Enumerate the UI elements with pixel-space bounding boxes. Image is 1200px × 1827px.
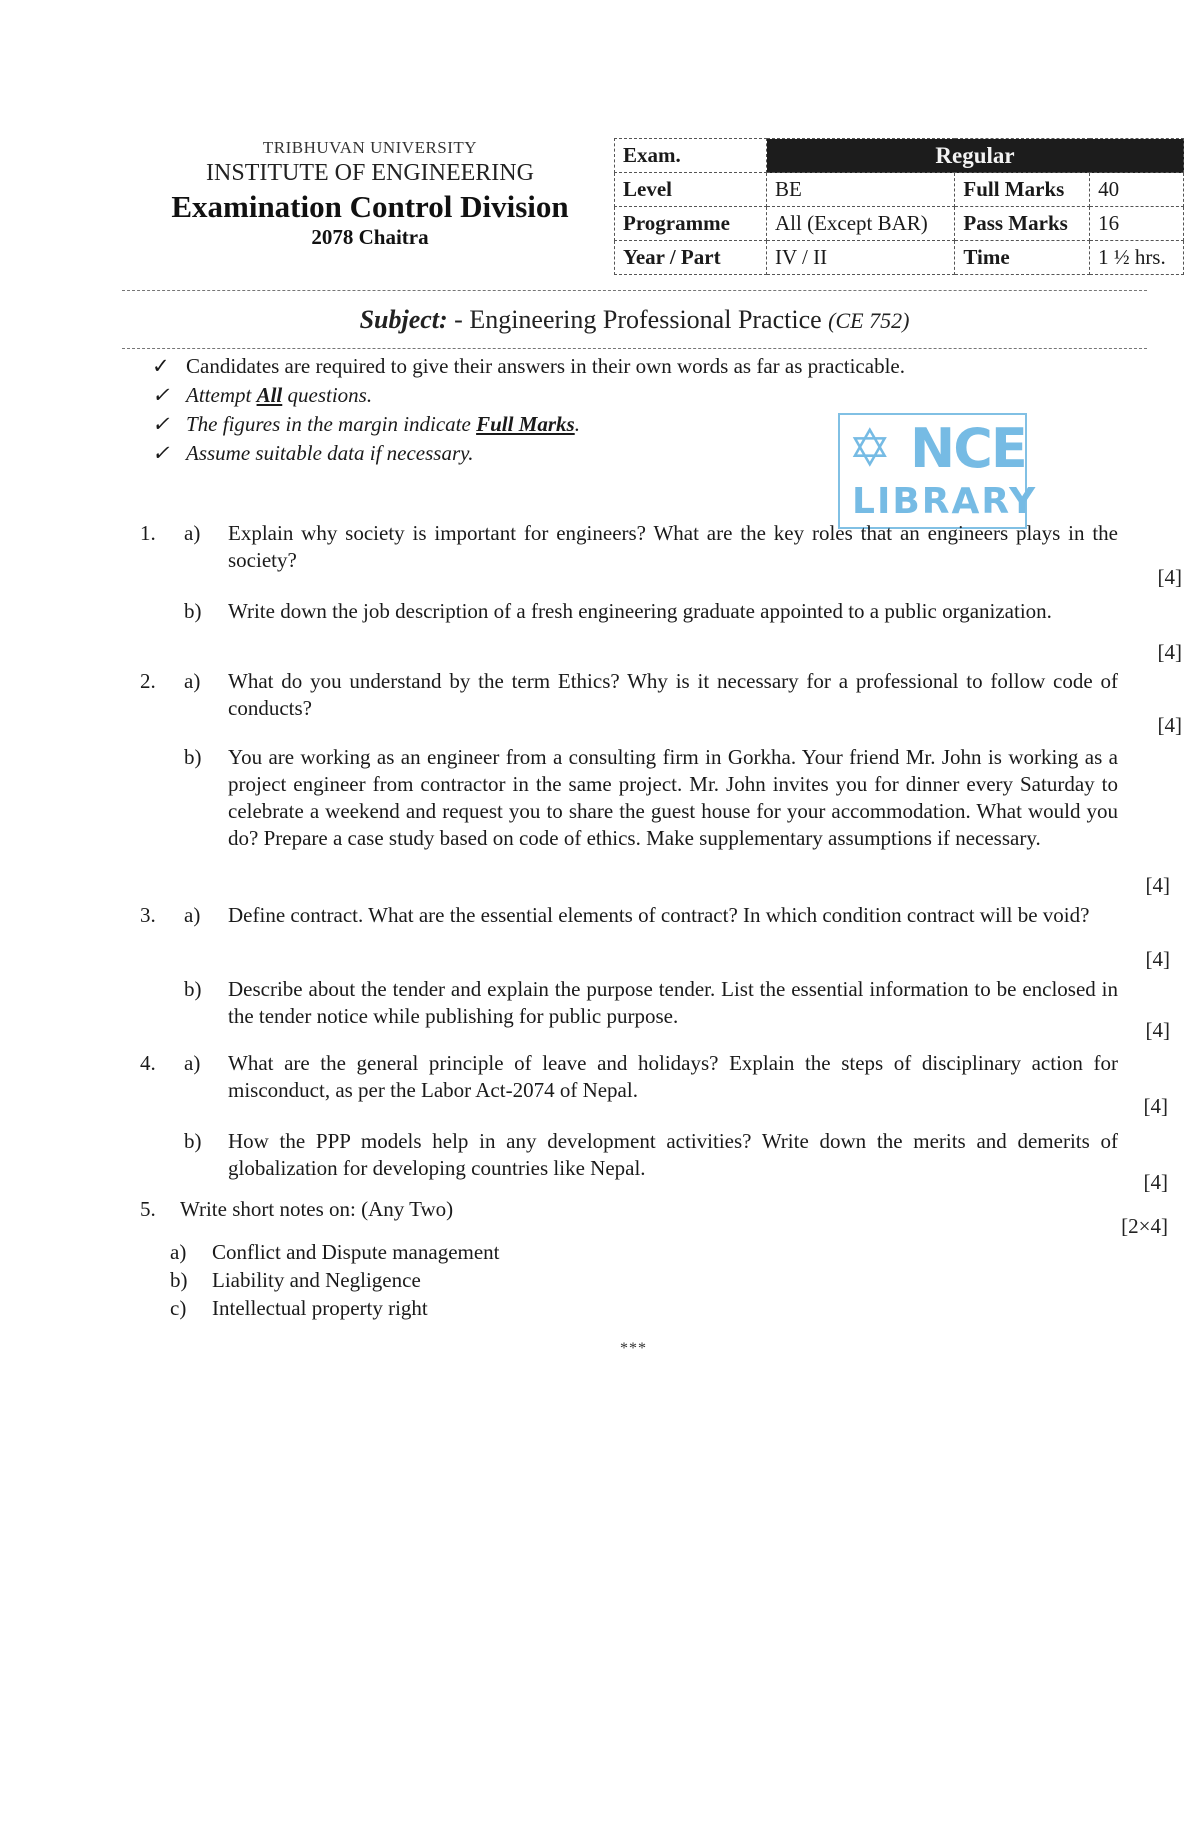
pass-marks-value: 16 [1090,207,1184,241]
question-text: Define contract. What are the essential … [228,902,1118,929]
stamp-library-text: LIBRARY [852,481,1037,522]
question-number: 5. [140,1196,176,1223]
part-label: a) [184,668,220,695]
question-number: 2. [140,668,176,695]
instructions-list: ✓ Candidates are required to give their … [152,352,905,468]
marks: [4] [1158,713,1183,738]
exam-value: Regular [767,139,1184,173]
question-text: How the PPP models help in any developme… [228,1128,1118,1182]
subject-code: (CE 752) [828,308,909,333]
institute-name: INSTITUTE OF ENGINEERING [150,160,590,187]
exam-paper-page: TRIBHUVAN UNIVERSITY INSTITUTE OF ENGINE… [0,0,1200,1827]
question-text: Describe about the tender and explain th… [228,976,1118,1030]
instruction-item: ✓ The figures in the margin indicate Ful… [152,410,905,439]
year-part-value: IV / II [767,241,955,275]
question-3a: 3. a) Define contract. What are the esse… [140,902,1140,929]
question-number: 1. [140,520,176,547]
part-label: b) [184,598,220,625]
exam-label: Exam. [615,139,767,173]
check-icon: ✓ [152,352,186,381]
question-2b: b) You are working as an engineer from a… [140,744,1140,852]
division-name: Examination Control Division [150,189,590,225]
full-marks-label: Full Marks [955,173,1090,207]
divider-bottom [122,348,1147,349]
check-icon: ✓ [152,381,186,410]
stamp-nce-text: NCE [910,417,1026,480]
question-4b: b) How the PPP models help in any develo… [140,1128,1140,1182]
marks: [4] [1146,947,1171,972]
pass-marks-label: Pass Marks [955,207,1090,241]
marks: [4] [1146,873,1171,898]
question-1b: b) Write down the job description of a f… [140,598,1140,625]
marks: [2×4] [1121,1214,1168,1239]
programme-value: All (Except BAR) [767,207,955,241]
question-text: Explain why society is important for eng… [228,520,1118,574]
question-5: 5. Write short notes on: (Any Two) [140,1196,1140,1223]
question-2a: 2. a) What do you understand by the term… [140,668,1140,722]
library-stamp: ✡ NCE LIBRARY [838,413,1027,529]
exam-info-table: Exam. Regular Level BE Full Marks 40 Pro… [614,138,1184,275]
end-marker: *** [620,1340,647,1358]
institution-header: TRIBHUVAN UNIVERSITY INSTITUTE OF ENGINE… [150,138,590,250]
time-label: Time [955,241,1090,275]
question-text: Write down the job description of a fres… [228,598,1118,625]
part-label: a) [184,902,220,929]
question-text: What do you understand by the term Ethic… [228,668,1118,722]
check-icon: ✓ [152,410,186,439]
question-number: 4. [140,1050,176,1077]
year-part-label: Year / Part [615,241,767,275]
subject-name: - Engineering Professional Practice [454,305,822,334]
part-label: b) [184,976,220,1003]
question-text: What are the general principle of leave … [228,1050,1118,1104]
time-value: 1 ½ hrs. [1090,241,1184,275]
question-text: Write short notes on: (Any Two) [180,1196,1070,1223]
subject-label: Subject: [360,305,448,334]
full-marks-value: 40 [1090,173,1184,207]
part-label: a) [184,520,220,547]
star-of-david-icon: ✡ [848,423,892,475]
short-notes-list: a) Conflict and Dispute management b) Li… [170,1238,500,1322]
subject-line: Subject: - Engineering Professional Prac… [122,305,1147,335]
list-item: c) Intellectual property right [170,1294,500,1322]
list-item: a) Conflict and Dispute management [170,1238,500,1266]
programme-label: Programme [615,207,767,241]
divider-top [122,290,1147,291]
marks: [4] [1144,1094,1169,1119]
question-4a: 4. a) What are the general principle of … [140,1050,1140,1104]
part-label: b) [184,744,220,771]
question-text: You are working as an engineer from a co… [228,744,1118,852]
list-item: b) Liability and Negligence [170,1266,500,1294]
question-1a: 1. a) Explain why society is important f… [140,520,1140,574]
instruction-item: ✓ Assume suitable data if necessary. [152,439,905,468]
question-number: 3. [140,902,176,929]
part-label: b) [184,1128,220,1155]
university-name: TRIBHUVAN UNIVERSITY [150,138,590,158]
part-label: a) [184,1050,220,1077]
level-value: BE [767,173,955,207]
instruction-item: ✓ Candidates are required to give their … [152,352,905,381]
marks: [4] [1144,1170,1169,1195]
marks: [4] [1158,565,1183,590]
marks: [4] [1158,640,1183,665]
instruction-item: ✓ Attempt All questions. [152,381,905,410]
marks: [4] [1146,1018,1171,1043]
exam-session: 2078 Chaitra [150,225,590,250]
check-icon: ✓ [152,439,186,468]
question-3b: b) Describe about the tender and explain… [140,976,1140,1030]
level-label: Level [615,173,767,207]
